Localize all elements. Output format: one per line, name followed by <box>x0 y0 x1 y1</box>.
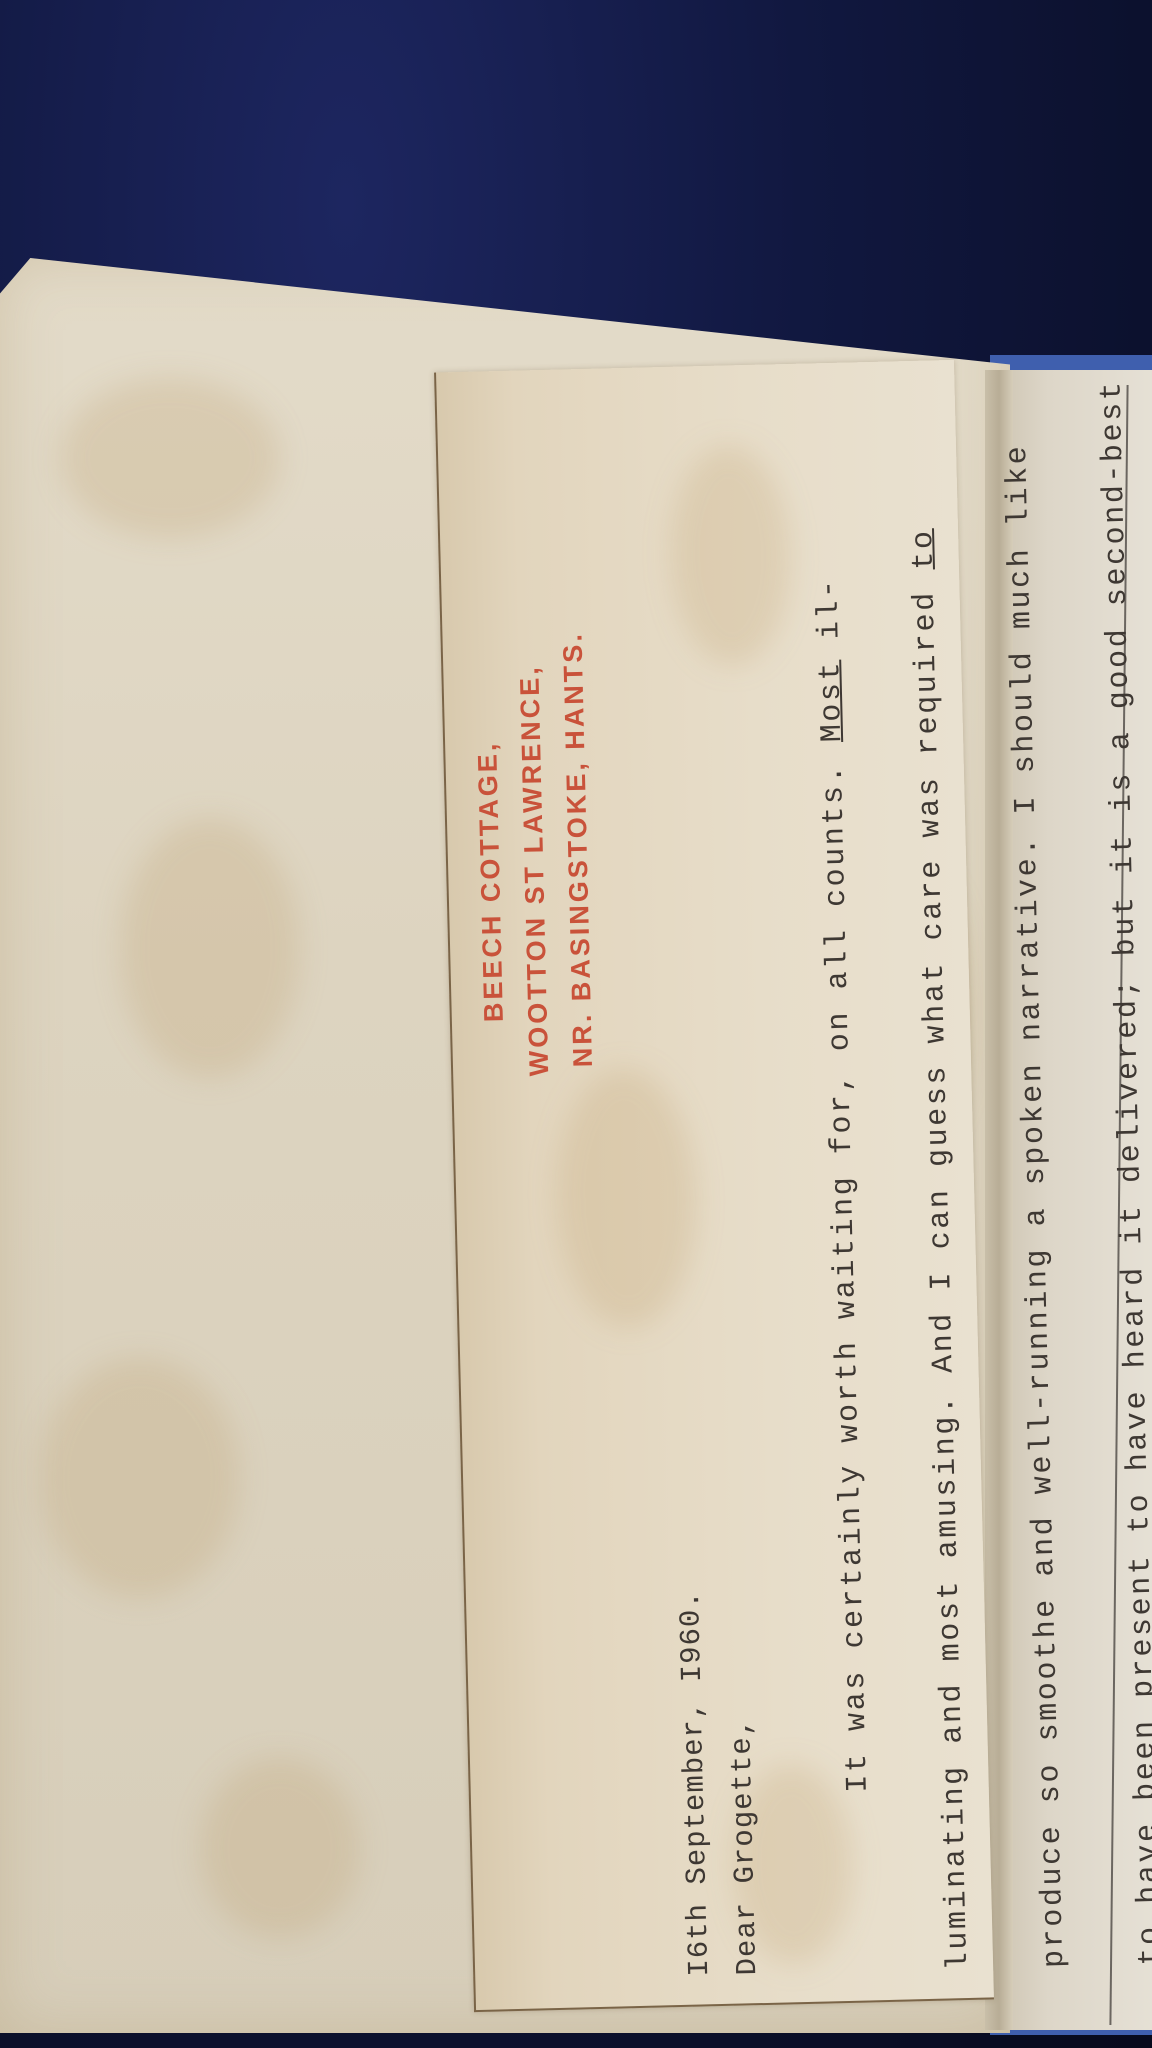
stain <box>200 1758 360 1938</box>
letter: BEECH COTTAGE, WOOTTON ST LAWRENCE, NR. … <box>434 360 994 2012</box>
body-line: to have been present to have heard it de… <box>1096 366 1152 1966</box>
body-text: il- <box>812 577 848 660</box>
underlined-text: Most <box>814 659 850 742</box>
body-text: It was certainly worth waiting for, on a… <box>816 742 876 1793</box>
body-text: luminating and most amusing. And I can g… <box>908 569 976 1970</box>
letterhead: BEECH COTTAGE, WOOTTON ST LAWRENCE, NR. … <box>462 599 608 1162</box>
stain <box>60 378 280 538</box>
stain <box>120 818 300 1078</box>
salutation: Dear Grogette, <box>725 1717 764 1975</box>
letter-date: I6th September, I960. <box>674 1590 716 1977</box>
body-line: luminating and most amusing. And I can g… <box>904 370 975 1970</box>
letter-body: It was certainly worth waiting for, on a… <box>744 362 1152 1975</box>
body-line: produce so smoothe and well-running a sp… <box>1000 368 1071 1968</box>
underlined-text: to <box>907 528 942 570</box>
body-line: It was certainly worth waiting for, on a… <box>808 373 879 1973</box>
stain <box>40 1358 240 1598</box>
letter-content: BEECH COTTAGE, WOOTTON ST LAWRENCE, NR. … <box>434 360 994 2012</box>
